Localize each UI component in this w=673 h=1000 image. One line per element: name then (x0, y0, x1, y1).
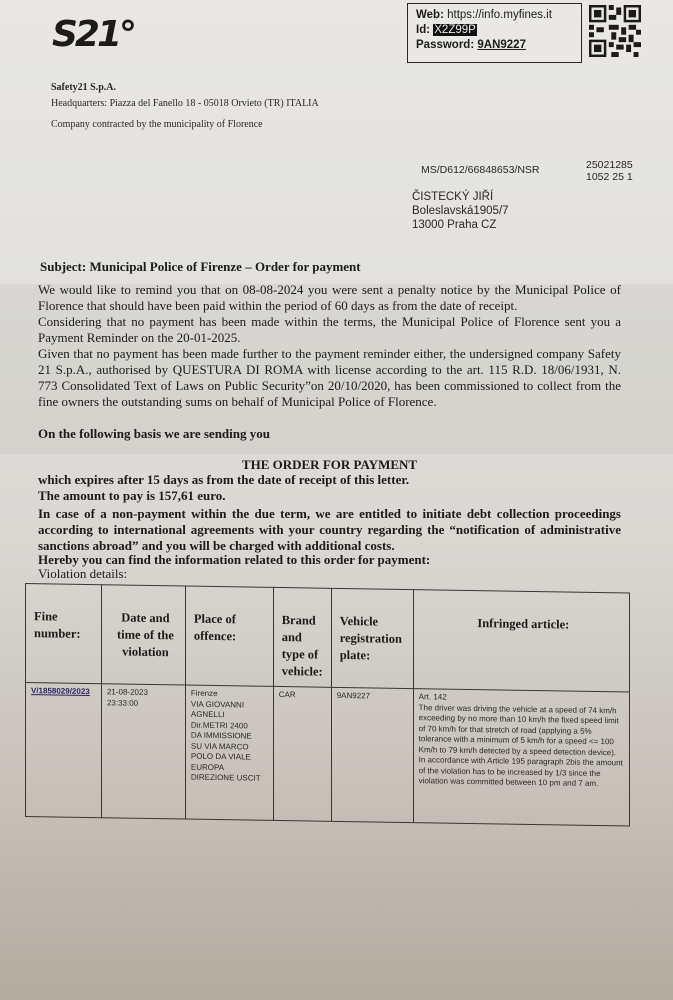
qr-code-icon (588, 5, 642, 57)
password-value: 9AN9227 (477, 39, 526, 51)
violation-details-label: Violation details: (38, 566, 621, 582)
expiry-line: which expires after 15 days as from the … (38, 472, 621, 488)
id-label: Id: (416, 24, 430, 36)
paragraph-notice: We would like to remind you that on 08-0… (38, 282, 621, 314)
vehicle-type: CAR (273, 686, 331, 821)
order-title: THE ORDER FOR PAYMENT (38, 457, 621, 473)
place-line: Firenze (191, 689, 268, 701)
header-fine-number: Fine number: (26, 584, 102, 684)
header-date-time: Date and time of the violation (101, 585, 185, 685)
place-cell: Firenze VIA GIOVANNI AGNELLI Dir.METRI 2… (185, 685, 273, 820)
article-text: The driver was driving the vehicle at a … (419, 703, 624, 790)
header-infringed-article: Infringed article: (413, 590, 629, 692)
letter-subject: Subject: Municipal Police of Firenze – O… (40, 259, 361, 275)
recipient-name: ČISTECKÝ JIŘÍ (412, 190, 493, 204)
violation-date: 21-08-2023 (107, 687, 180, 699)
letter-page: S21° Safety21 S.p.A. Headquarters: Piazz… (0, 0, 673, 1000)
company-logo: S21° (52, 18, 162, 52)
id-value: X2Z99P (433, 24, 477, 36)
web-label: Web: (416, 9, 444, 21)
logo-text: S21° (52, 18, 134, 52)
place-line: DIREZIONE USCIT (191, 773, 268, 785)
paragraph-authority: Given that no payment has been made furt… (38, 346, 621, 410)
table-row: V/1858029/2023 21-08-2023 23:33:00 Firen… (26, 683, 630, 826)
table-header-row: Fine number: Date and time of the violat… (26, 584, 630, 692)
basis-line: On the following basis we are sending yo… (38, 426, 621, 442)
warning-paragraph: In case of a non-payment within the due … (38, 506, 621, 554)
header-plate: Vehicle registration plate: (331, 588, 413, 688)
plate-number: 9AN9227 (331, 687, 413, 822)
header-place: Place of offence: (185, 586, 273, 686)
place-line: POLO DA VIALE (191, 752, 268, 764)
paragraph-reminder: Considering that no payment has been mad… (38, 314, 621, 346)
recipient-street: Boleslavská1905/7 (412, 204, 509, 218)
header-vehicle-type: Brand and type of vehicle: (273, 587, 331, 687)
credentials-box: Web: https://info.myfines.it Id: X2Z99P … (407, 3, 582, 63)
recipient-city: 13000 Praha CZ (412, 218, 496, 232)
amount-line: The amount to pay is 157,61 euro. (38, 488, 621, 504)
web-url[interactable]: https://info.myfines.it (447, 9, 552, 21)
reference-number-2: 1052 25 1 (586, 171, 633, 184)
company-name: Safety21 S.p.A. (51, 82, 116, 94)
violation-time: 23:33:00 (107, 698, 180, 710)
reference-code: MS/D612/66848653/NSR (421, 164, 540, 177)
violation-table: Fine number: Date and time of the violat… (25, 583, 630, 827)
password-label: Password: (416, 39, 474, 51)
contract-note: Company contracted by the municipality o… (51, 119, 263, 131)
place-line: DA IMMISSIONE (191, 731, 268, 743)
place-line: AGNELLI (191, 710, 268, 722)
fine-number-link[interactable]: V/1858029/2023 (31, 686, 90, 696)
headquarters-address: Headquarters: Piazza del Fanello 18 - 05… (51, 98, 319, 110)
